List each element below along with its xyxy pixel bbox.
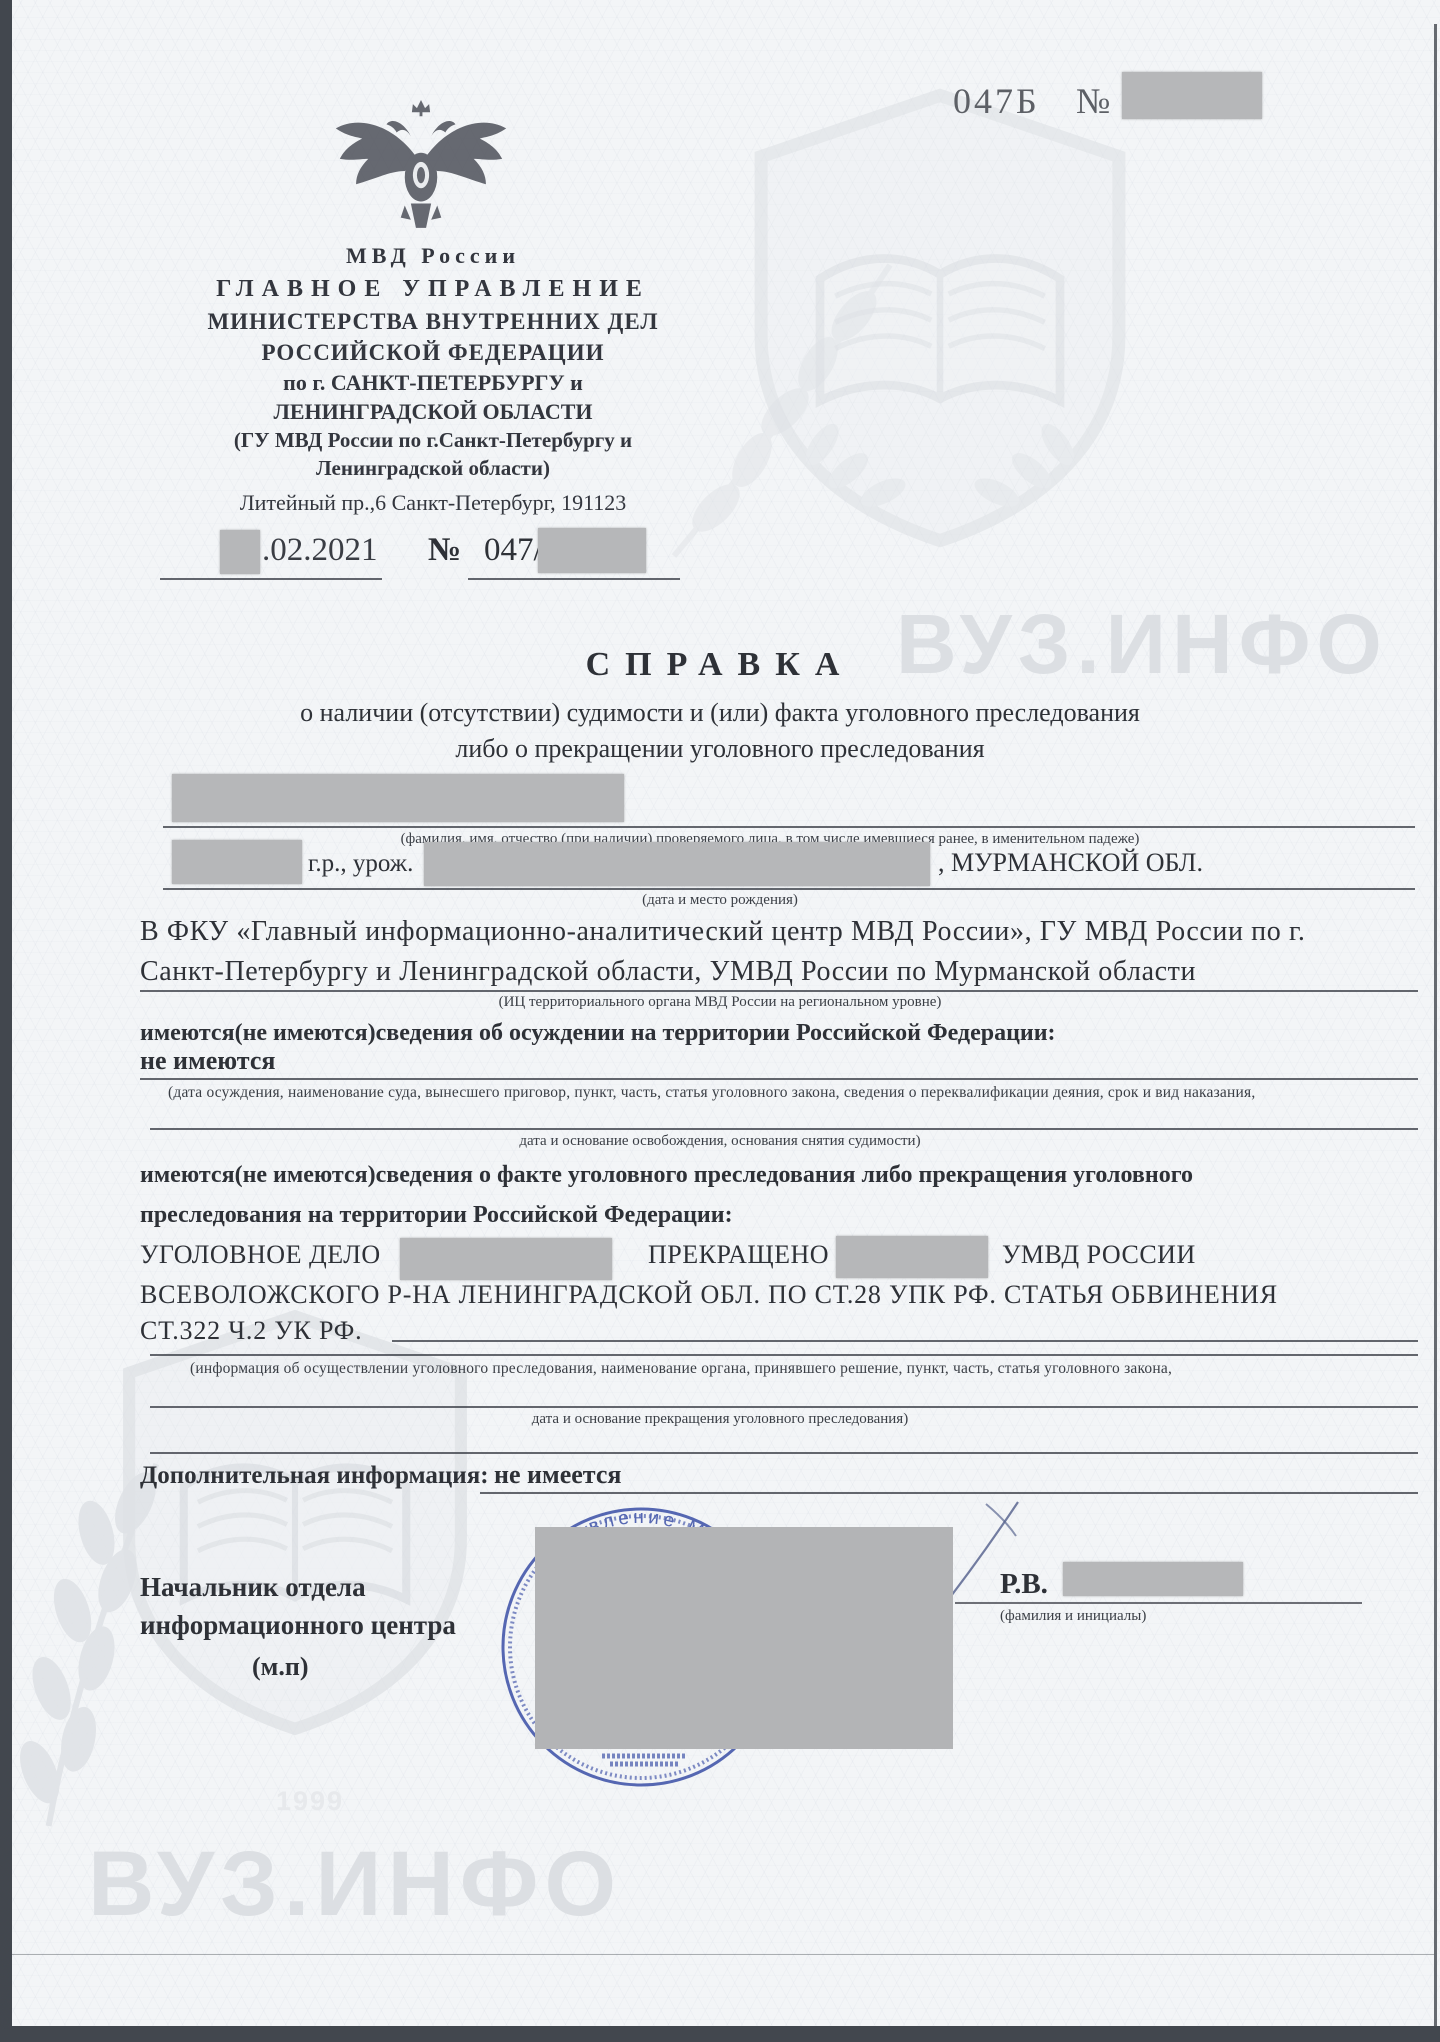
serial-no-sign: № [1076, 80, 1110, 122]
signer-initials: Р.В. [1000, 1568, 1048, 1601]
signature-underline [955, 1602, 1362, 1604]
document-title: СПРАВКА [420, 646, 1020, 684]
conviction-blank-line [150, 1128, 1418, 1130]
birth-place-redaction [424, 842, 930, 886]
form-code: 047Б [953, 80, 1040, 122]
conviction-caption1: (дата осуждения, наименование суда, выне… [168, 1084, 1255, 1102]
left-border [0, 0, 12, 2042]
person-name-underline [163, 826, 1415, 828]
birth-prefix: г.р., урож. [308, 850, 413, 878]
birth-date-redaction [172, 840, 302, 884]
date-day-redaction [220, 530, 260, 574]
case-number-redaction [400, 1238, 612, 1280]
number-prefix: 047/ [484, 532, 543, 569]
prosecution-blank-line2 [150, 1452, 1418, 1454]
birth-underline [163, 888, 1415, 890]
prosecution-question-1: имеются(не имеются)сведения о факте угол… [140, 1162, 1193, 1189]
registry-line2: Санкт-Петербургу и Ленинградской области… [140, 956, 1196, 988]
signer-surname-redaction [1063, 1562, 1243, 1596]
case-trailing-underline [392, 1340, 1418, 1342]
additional-info-label: Дополнительная информация: [140, 1462, 489, 1490]
mvd-eagle-emblem [328, 98, 514, 240]
case-text-3: УМВД РОССИИ [1002, 1240, 1196, 1270]
number-underline [468, 578, 680, 580]
letterhead-line6: (ГУ МВД России по г.Санкт-Петербургу и [150, 428, 716, 453]
birth-region: , МУРМАНСКОЙ ОБЛ. [938, 848, 1203, 878]
title-subtitle-2: либо о прекращении уголовного преследова… [160, 734, 1280, 764]
additional-info-underline [480, 1492, 1418, 1494]
case-text-2: ПРЕКРАЩЕНО [648, 1240, 829, 1270]
registry-underline [140, 990, 1418, 992]
number-sign: № [428, 532, 461, 569]
vuz-info-watermark-bottom: ВУЗ.ИНФО [88, 1832, 622, 1937]
seal-place-mark: (м.п) [252, 1652, 309, 1682]
prosecution-question-2: преследования на территории Российской Ф… [140, 1202, 733, 1229]
letterhead-address: Литейный пр.,6 Санкт-Петербург, 191123 [150, 490, 716, 516]
person-name-redaction [172, 774, 624, 822]
case-date-redaction [836, 1236, 988, 1278]
prosecution-blank-line1 [150, 1406, 1418, 1408]
prosecution-caption1: (информация об осуществлении уголовного … [190, 1360, 1172, 1378]
footer-rule [12, 1954, 1434, 1955]
right-border [1434, 24, 1437, 2026]
bottom-border [0, 2026, 1440, 2042]
letterhead-line3: РОССИЙСКОЙ ФЕДЕРАЦИИ [150, 340, 716, 366]
conviction-caption2: дата и основание освобождения, основания… [300, 1133, 1140, 1150]
letterhead-line4: по г. САНКТ-ПЕТЕРБУРГУ и [150, 370, 716, 396]
case-text-5: СТ.322 Ч.2 УК РФ. [140, 1316, 362, 1346]
case-text-1: УГОЛОВНОЕ ДЕЛО [140, 1240, 381, 1270]
conviction-question: имеются(не имеются)сведения об осуждении… [140, 1020, 1056, 1047]
certificate-page: ВУЗ.ИНФО 1999 ВУЗ.ИНФО 047Б № [0, 0, 1440, 2042]
conviction-underline [140, 1078, 1418, 1080]
signature-caption: (фамилия и инициалы) [1000, 1608, 1146, 1625]
date-value: .02.2021 [262, 532, 378, 569]
stamp-redaction [535, 1527, 953, 1749]
year-watermark-bottom: 1999 [276, 1786, 344, 1817]
additional-info-value: не имеется [494, 1460, 622, 1490]
date-underline [160, 578, 382, 580]
conviction-answer: не имеются [140, 1046, 275, 1076]
prosecution-underline [150, 1354, 1418, 1356]
letterhead-line7: Ленинградской области) [150, 456, 716, 481]
letterhead-line1: ГЛАВНОЕ УПРАВЛЕНИЕ [150, 276, 716, 303]
prosecution-caption2: дата и основание прекращения уголовного … [300, 1411, 1140, 1428]
number-redaction [538, 528, 646, 573]
title-subtitle-1: о наличии (отсутствии) судимости и (или)… [160, 698, 1280, 728]
case-text-4: ВСЕВОЛОЖСКОГО Р-НА ЛЕНИНГРАДСКОЙ ОБЛ. ПО… [140, 1280, 1278, 1310]
letterhead-brand: МВД России [150, 243, 716, 269]
registry-caption: (ИЦ территориального органа МВД России н… [340, 994, 1100, 1011]
serial-number-redaction [1122, 72, 1262, 119]
signer-post-line2: информационного центра [140, 1610, 456, 1641]
signer-post-line1: Начальник отдела [140, 1572, 366, 1603]
birth-caption: (дата и место рождения) [380, 892, 1060, 909]
laurel-watermark-bottom [6, 1455, 181, 1835]
registry-line1: В ФКУ «Главный информационно-аналитическ… [140, 916, 1306, 948]
letterhead-line5: ЛЕНИНГРАДСКОЙ ОБЛАСТИ [150, 399, 716, 425]
letterhead-line2: МИНИСТЕРСТВА ВНУТРЕННИХ ДЕЛ [150, 309, 716, 335]
